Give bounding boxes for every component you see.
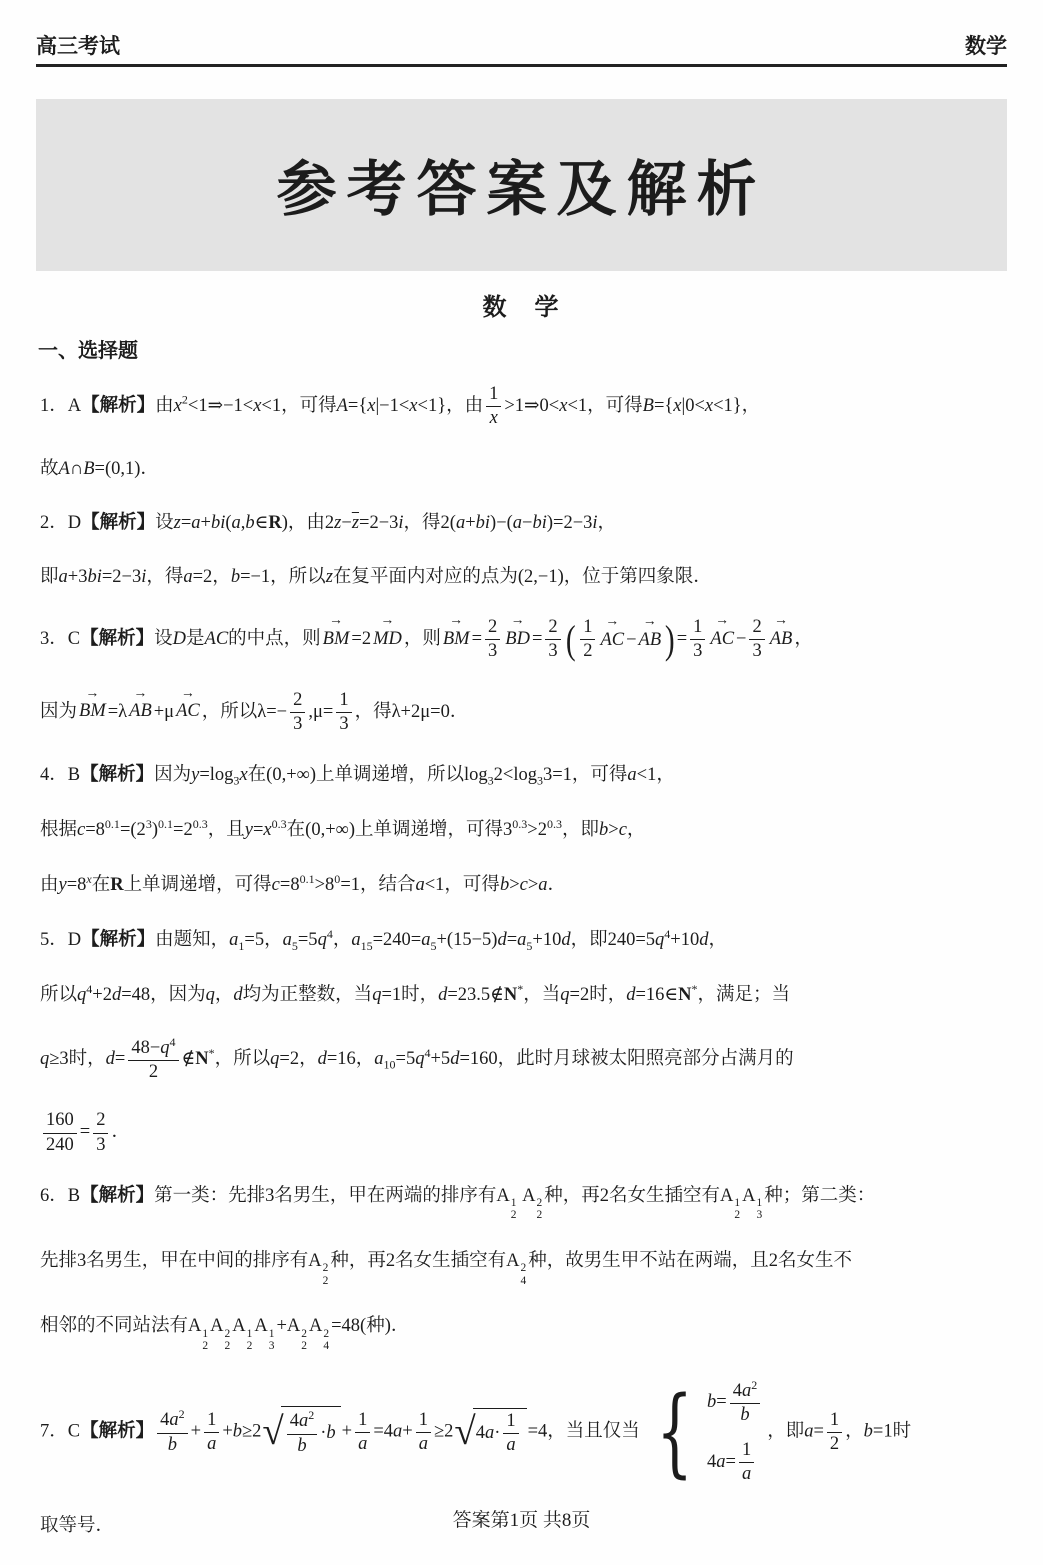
title-banner: 参考答案及解析 [36, 99, 1007, 271]
answer-line: 3．C【解析】设D是AC的中点，则BM=2MD，则BM=23BD=23(12AC… [40, 616, 1005, 663]
explain-label: 【解析】 [80, 1186, 154, 1206]
item-number-and-answer: 3．C [40, 629, 80, 649]
explain-label: 【解析】 [80, 765, 154, 785]
page-footer: 答案第1页 共8页 [0, 1505, 1043, 1532]
page-number-text: 答案第1页 共8页 [453, 1510, 591, 1531]
answer-line: 故A∩B=(0,1)． [40, 455, 1005, 484]
section-title: 一、选择题 [38, 334, 1043, 363]
item-number-and-answer: 4．B [40, 765, 80, 785]
document-page: 高三考试 数学 参考答案及解析 数 学 一、选择题 1．A【解析】由x2<1⇒−… [0, 0, 1043, 1565]
answer-line: 160240=23． [40, 1109, 1005, 1156]
banner-title: 参考答案及解析 [277, 142, 767, 228]
item-number-and-answer: 6．B [40, 1186, 80, 1206]
answer-line: 根据c=80.1=(23)0.1=20.3，且y=x0.3在(0,+∞)上单调递… [40, 815, 1005, 845]
answer-line: 4．B【解析】因为y=log3x在(0,+∞)上单调递增，所以log32<log… [40, 761, 1005, 790]
answer-line: 1．A【解析】由x2<1⇒−1<x<1，可得A={x|−1<x<1}，由1x>1… [40, 383, 1005, 430]
explain-label: 【解析】 [80, 1421, 154, 1441]
explain-label: 【解析】 [80, 629, 154, 649]
subject-title: 数 学 [0, 287, 1043, 322]
answer-line: q≥3时，d=48−q42∉N*，所以q=2，d=16，a10=5q4+5d=1… [40, 1035, 1005, 1084]
answer-line: 因为BM=λAB+μAC，所以λ=−23,μ=13，得λ+2μ=0． [40, 689, 1005, 736]
answer-line: 5．D【解析】由题知，a1=5，a5=5q4，a15=240=a5+(15−5)… [40, 925, 1005, 955]
header-exam-name: 高三考试 [36, 30, 120, 60]
header-subject: 数学 [965, 30, 1007, 60]
answer-line: 相邻的不同站法有A12A22A12A13+A22A24=48(种)． [40, 1312, 1005, 1352]
item-number-and-answer: 1．A [40, 396, 81, 416]
page-header: 高三考试 数学 [36, 0, 1007, 67]
explain-label: 【解析】 [81, 930, 155, 950]
explain-label: 【解析】 [81, 513, 155, 533]
item-number-and-answer: 2．D [40, 513, 81, 533]
answer-line: 由y=8x在R上单调递增，可得c=80.1>80=1，结合a<1，可得b>c>a… [40, 870, 1005, 900]
item-number-and-answer: 5．D [40, 930, 81, 950]
item-number-and-answer: 7．C [40, 1421, 80, 1441]
answers-list: 1．A【解析】由x2<1⇒−1<x<1，可得A={x|−1<x<1}，由1x>1… [40, 383, 1005, 1540]
explain-label: 【解析】 [81, 396, 155, 416]
answer-line: 即a+3bi=2−3i，得a=2，b=−1，所以z在复平面内对应的点为(2,−1… [40, 563, 1005, 592]
answer-line: 所以q4+2d=48，因为q，d均为正整数，当q=1时，d=23.5∉N*，当q… [40, 980, 1005, 1010]
answer-line: 先排3名男生，甲在中间的排序有A22种，再2名女生插空有A24种，故男生甲不站在… [40, 1247, 1005, 1287]
answer-line: 6．B【解析】第一类：先排3名男生，甲在两端的排序有A12 A22种，再2名女生… [40, 1182, 1005, 1222]
answer-line: 2．D【解析】设z=a+bi(a,b∈R)，由2z−z=2−3i，得2(a+bi… [40, 509, 1005, 538]
answer-line: 7．C【解析】4a2b+1a+b≥2√4a2b·b+1a=4a+1a≥2√4a·… [40, 1378, 1005, 1487]
